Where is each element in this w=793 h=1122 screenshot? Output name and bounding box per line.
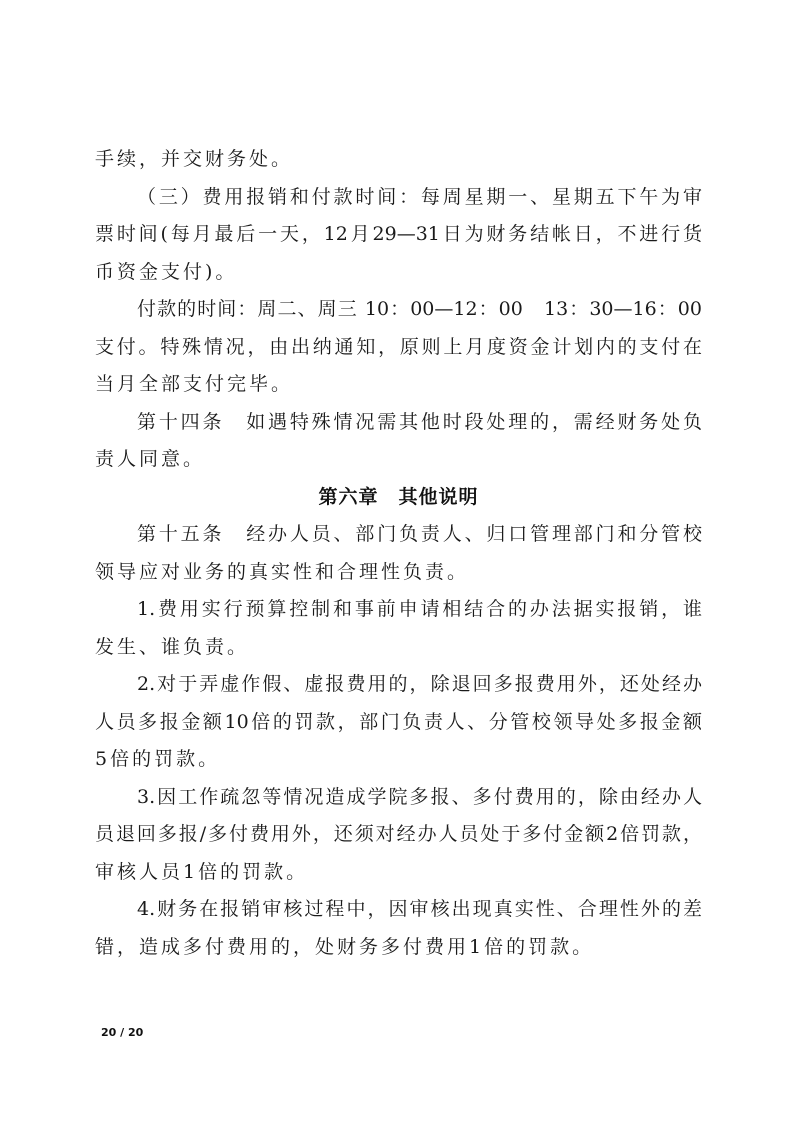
- line-text: 2.对于弄虚作假、虚报费用的，除退回多报费用外，还处经办: [137, 666, 702, 704]
- paragraph-line: 第十四条 如遇特殊情况需其他时段处理的，需经财务处负: [95, 404, 702, 442]
- line-text: 错，造成多付费用的，处财务多付费用1倍的罚款。: [95, 929, 702, 967]
- line-text: 第十四条 如遇特殊情况需其他时段处理的，需经财务处负: [137, 404, 702, 442]
- page-number: 20 / 20: [101, 1026, 143, 1039]
- line-text: 手续，并交财务处。: [95, 141, 702, 179]
- line-text: 付款的时间：周二、周三 10：00—12：00 13：30—16：00: [137, 291, 702, 329]
- line-text: 审核人员1倍的罚款。: [95, 854, 702, 892]
- paragraph-line: 审核人员1倍的罚款。: [95, 854, 702, 892]
- paragraph-line: 5倍的罚款。: [95, 741, 702, 779]
- paragraph-line: 2.对于弄虚作假、虚报费用的，除退回多报费用外，还处经办: [95, 666, 702, 704]
- paragraph-line: 责人同意。: [95, 441, 702, 479]
- document-page: 手续，并交财务处。 （三）费用报销和付款时间：每周星期一、星期五下午为审 票时间…: [0, 0, 793, 1122]
- line-text: 领导应对业务的真实性和合理性负责。: [95, 554, 702, 592]
- line-text: 员退回多报/多付费用外，还须对经办人员处于多付金额2倍罚款，: [95, 816, 702, 854]
- paragraph-line: 付款的时间：周二、周三 10：00—12：00 13：30—16：00: [95, 291, 702, 329]
- line-text: 1.费用实行预算控制和事前申请相结合的办法据实报销，谁: [137, 591, 702, 629]
- paragraph-line: 领导应对业务的真实性和合理性负责。: [95, 554, 702, 592]
- paragraph-line: 手续，并交财务处。: [95, 141, 702, 179]
- chapter-heading: 第六章 其他说明: [95, 479, 702, 517]
- line-text: 第十五条 经办人员、部门负责人、归口管理部门和分管校: [137, 516, 702, 554]
- line-text: 支付。特殊情况，由出纳通知，原则上月度资金计划内的支付在: [95, 329, 702, 367]
- paragraph-line: 1.费用实行预算控制和事前申请相结合的办法据实报销，谁: [95, 591, 702, 629]
- paragraph-line: 发生、谁负责。: [95, 629, 702, 667]
- paragraph-line: 当月全部支付完毕。: [95, 366, 702, 404]
- line-text: 币资金支付)。: [95, 254, 702, 292]
- line-text: 责人同意。: [95, 441, 702, 479]
- paragraph-line: 第十五条 经办人员、部门负责人、归口管理部门和分管校: [95, 516, 702, 554]
- paragraph-line: （三）费用报销和付款时间：每周星期一、星期五下午为审: [95, 179, 702, 217]
- line-text: 人员多报金额10倍的罚款，部门负责人、分管校领导处多报金额: [95, 704, 702, 742]
- line-text: 当月全部支付完毕。: [95, 366, 702, 404]
- line-text: 票时间(每月最后一天，12月29—31日为财务结帐日，不进行货: [95, 216, 702, 254]
- line-text: （三）费用报销和付款时间：每周星期一、星期五下午为审: [137, 179, 702, 217]
- line-text: 3.因工作疏忽等情况造成学院多报、多付费用的，除由经办人: [137, 779, 702, 817]
- paragraph-line: 币资金支付)。: [95, 254, 702, 292]
- paragraph-line: 人员多报金额10倍的罚款，部门负责人、分管校领导处多报金额: [95, 704, 702, 742]
- paragraph-line: 4.财务在报销审核过程中，因审核出现真实性、合理性外的差: [95, 891, 702, 929]
- line-text: 发生、谁负责。: [95, 629, 702, 667]
- line-text: 4.财务在报销审核过程中，因审核出现真实性、合理性外的差: [137, 891, 702, 929]
- line-text: 5倍的罚款。: [95, 741, 702, 779]
- paragraph-line: 票时间(每月最后一天，12月29—31日为财务结帐日，不进行货: [95, 216, 702, 254]
- document-body: 手续，并交财务处。 （三）费用报销和付款时间：每周星期一、星期五下午为审 票时间…: [95, 141, 702, 966]
- paragraph-line: 3.因工作疏忽等情况造成学院多报、多付费用的，除由经办人: [95, 779, 702, 817]
- paragraph-line: 支付。特殊情况，由出纳通知，原则上月度资金计划内的支付在: [95, 329, 702, 367]
- paragraph-line: 错，造成多付费用的，处财务多付费用1倍的罚款。: [95, 929, 702, 967]
- paragraph-line: 员退回多报/多付费用外，还须对经办人员处于多付金额2倍罚款，: [95, 816, 702, 854]
